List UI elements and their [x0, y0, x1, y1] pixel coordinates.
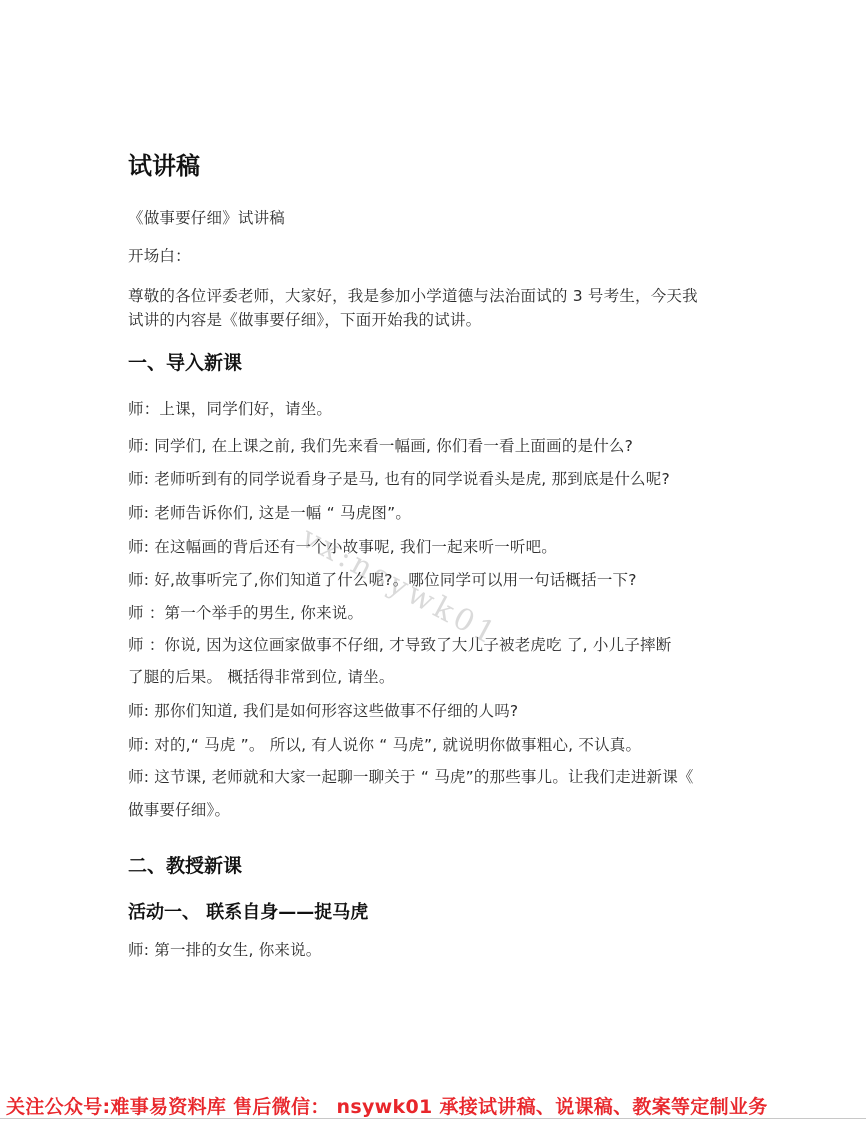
document-subtitle: 《做事要仔细》试讲稿 — [128, 208, 285, 228]
dialogue-line: 师: 对的,“ 马虎 ”。 所以, 有人说你 “ 马虎”, 就说明你做事粗心, … — [128, 735, 641, 755]
dialogue-line: 师: 好,故事听完了,你们知道了什么呢?。哪位同学可以用一句话概括一下? — [128, 570, 637, 590]
activity-heading: 活动一、 联系自身——捉马虎 — [128, 901, 368, 925]
section-heading-teaching: 二、教授新课 — [128, 854, 242, 878]
dialogue-line: 师: 第一排的女生, 你来说。 — [128, 940, 322, 960]
dialogue-line: 做事要仔细》。 — [128, 800, 230, 820]
dialogue-line: 师: 老师告诉你们, 这是一幅 “ 马虎图”。 — [128, 503, 411, 523]
dialogue-line: 师: 老师听到有的同学说看身子是马, 也有的同学说看头是虎, 那到底是什么呢? — [128, 469, 670, 489]
document-page: 试讲稿 《做事要仔细》试讲稿 开场白： 尊敬的各位评委老师，大家好，我是参加小学… — [0, 0, 866, 1122]
dialogue-line: 师 ：你说, 因为这位画家做事不仔细, 才导致了大儿子被老虎吃 了, 小儿子摔断 — [128, 635, 671, 655]
document-title: 试讲稿 — [128, 151, 200, 181]
dialogue-line: 师 ：第一个举手的男生, 你来说。 — [128, 603, 363, 623]
dialogue-line: 师: 同学们, 在上课之前, 我们先来看一幅画, 你们看一看上面画的是什么? — [128, 436, 633, 456]
opening-paragraph-line-2: 试讲的内容是《做事要仔细》，下面开始我的试讲。 — [128, 310, 481, 330]
dialogue-line: 师: 在这幅画的背后还有一个小故事呢, 我们一起来听一听吧。 — [128, 537, 557, 557]
opening-label: 开场白： — [128, 246, 191, 266]
dialogue-line: 了腿的后果。 概括得非常到位, 请坐。 — [128, 667, 395, 687]
dialogue-line: 师: 这节课, 老师就和大家一起聊一聊关于 “ 马虎”的那些事儿。让我们走进新课… — [128, 767, 694, 787]
dialogue-line: 师: 那你们知道, 我们是如何形容这些做事不仔细的人吗? — [128, 701, 518, 721]
footer-divider — [0, 1118, 866, 1119]
section-heading-intro: 一、导入新课 — [128, 351, 242, 375]
opening-paragraph-line-1: 尊敬的各位评委老师，大家好，我是参加小学道德与法治面试的 3 号考生，今天我 — [128, 286, 698, 306]
footer-banner: 关注公众号:难事易资料库 售后微信： nsywk01 承接试讲稿、说课稿、教案等… — [6, 1094, 866, 1120]
dialogue-line: 师：上课，同学们好，请坐。 — [128, 399, 332, 419]
